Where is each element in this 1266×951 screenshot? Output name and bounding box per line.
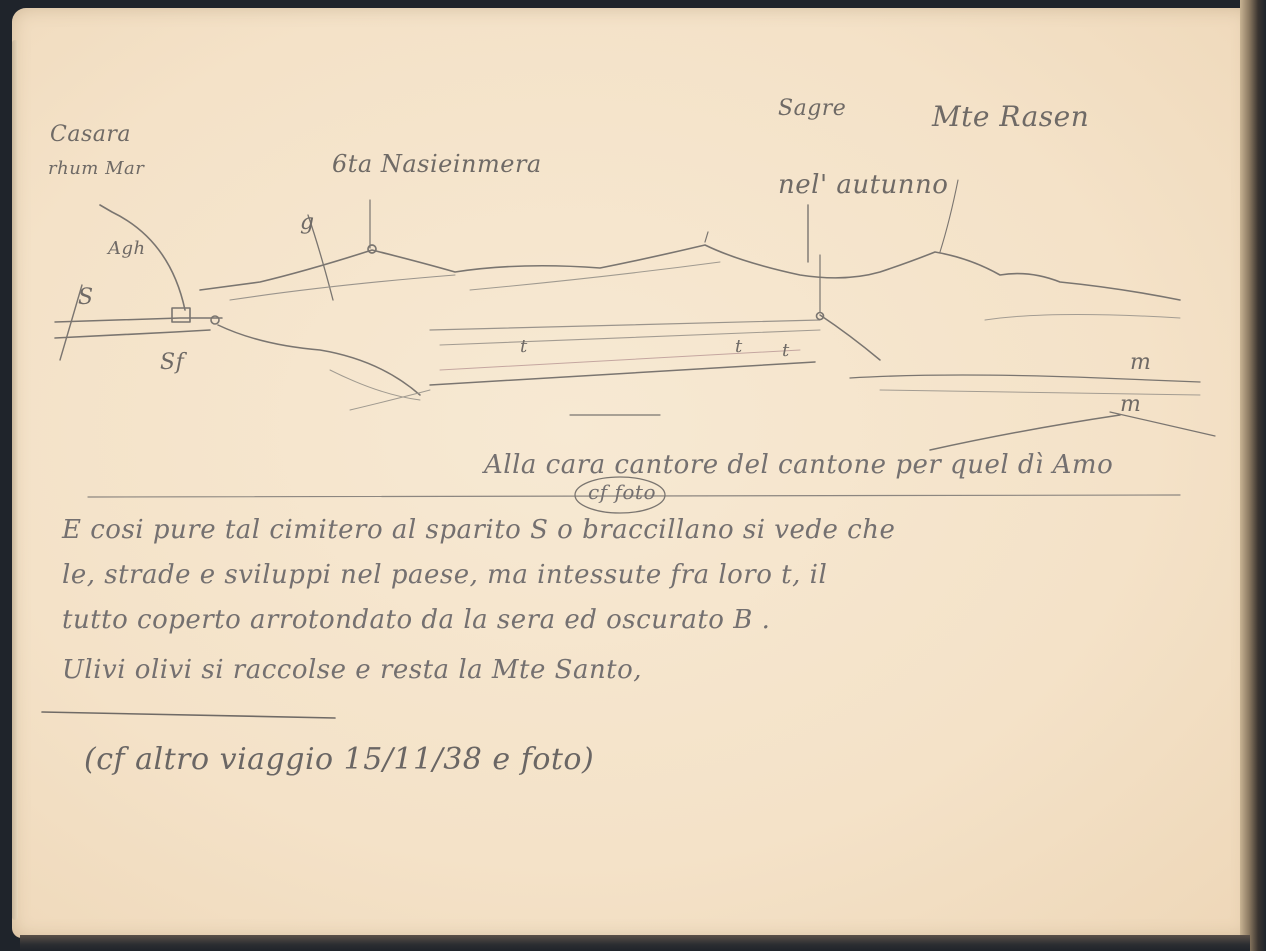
note-line-3: le, strade e sviluppi nel paese, ma inte… [62,560,827,590]
note-line-2: E cosi pure tal cimitero al sparito S o … [62,515,895,545]
reference-note: (cf altro viaggio 15/11/38 e foto) [84,742,594,777]
label-t2: t [735,336,743,357]
note-line-1: Alla cara cantore del cantone per quel d… [484,450,1113,480]
label-m2: m [1120,392,1141,417]
label-sagre: Sagre [778,96,846,121]
label-g: g [300,210,315,235]
label-s: S [78,285,94,310]
label-peak-left: 6ta Nasieinmera [332,150,542,178]
label-rhum-mar: rhum Mar [48,158,144,179]
label-t3: t [782,340,790,361]
label-sf: Sf [160,350,184,375]
note-circled: cf foto [588,480,656,504]
note-line-4: tutto coperto arrotondato da la sera ed … [62,605,770,635]
label-m1: m [1130,350,1151,375]
label-casara: Casara [50,122,131,147]
label-mte-rasen: Mte Rasen [932,100,1089,133]
note-line-5: Ulivi olivi si raccolse e resta la Mte S… [62,655,642,685]
label-agh: Agh [108,238,146,259]
label-autunno: nel' autunno [778,170,948,200]
label-t1: t [520,336,528,357]
